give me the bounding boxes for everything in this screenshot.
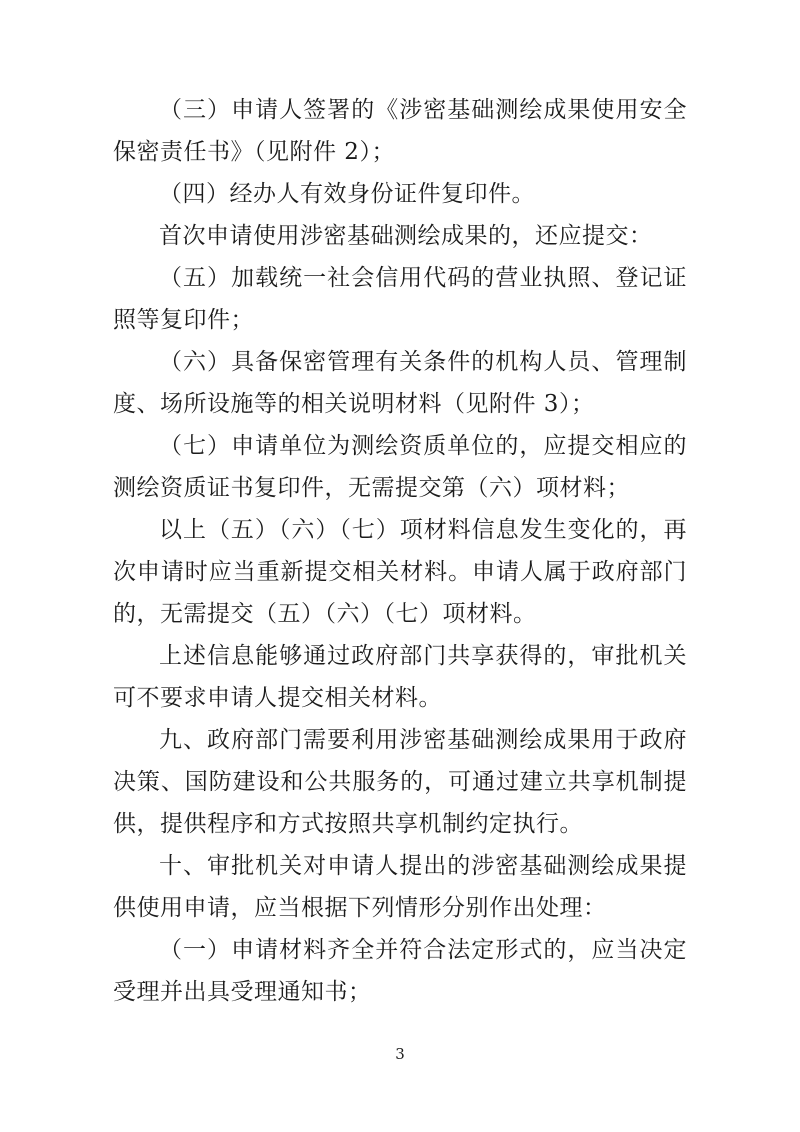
paragraph-item-3: （三）申请人签署的《涉密基础测绘成果使用安全保密责任书》（见附件 2）； xyxy=(113,89,687,173)
paragraph-item-1: （一）申请材料齐全并符合法定形式的，应当决定受理并出具受理通知书； xyxy=(113,929,687,1013)
paragraph-article-9: 九、政府部门需要利用涉密基础测绘成果用于政府决策、国防建设和公共服务的，可通过建… xyxy=(113,719,687,845)
paragraph-info-sharing: 上述信息能够通过政府部门共享获得的，审批机关可不要求申请人提交相关材料。 xyxy=(113,635,687,719)
page-number: 3 xyxy=(0,1044,800,1064)
paragraph-item-6: （六）具备保密管理有关条件的机构人员、管理制度、场所设施等的相关说明材料（见附件… xyxy=(113,341,687,425)
paragraph-first-application: 首次申请使用涉密基础测绘成果的，还应提交： xyxy=(113,215,687,257)
paragraph-item-7: （七）申请单位为测绘资质单位的，应提交相应的测绘资质证书复印件，无需提交第（六）… xyxy=(113,425,687,509)
paragraph-article-10: 十、审批机关对申请人提出的涉密基础测绘成果提供使用申请，应当根据下列情形分别作出… xyxy=(113,845,687,929)
paragraph-material-changes: 以上（五）（六）（七）项材料信息发生变化的，再次申请时应当重新提交相关材料。申请… xyxy=(113,509,687,635)
paragraph-item-5: （五）加载统一社会信用代码的营业执照、登记证照等复印件； xyxy=(113,257,687,341)
document-body: （三）申请人签署的《涉密基础测绘成果使用安全保密责任书》（见附件 2）； （四）… xyxy=(113,89,687,1013)
paragraph-item-4: （四）经办人有效身份证件复印件。 xyxy=(113,173,687,215)
document-page: （三）申请人签署的《涉密基础测绘成果使用安全保密责任书》（见附件 2）； （四）… xyxy=(0,0,800,1132)
